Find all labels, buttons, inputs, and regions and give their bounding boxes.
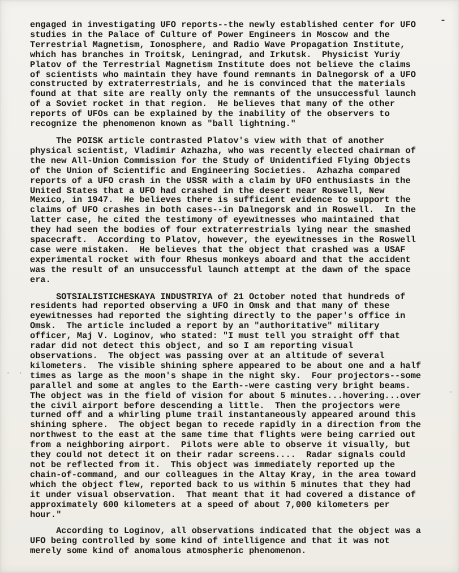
document-body: engaged in investigating UFO reports--th… xyxy=(30,21,430,557)
paragraph-sotsialisticheskaya-industriya-omsk: SOTSIALISTICHESKAYA INDUSTRIYA of 21 Oct… xyxy=(30,293,430,521)
paragraph-loginov-conclusion: According to Loginov, all observations i… xyxy=(30,527,430,557)
scan-artifact-left: · · xyxy=(6,370,25,378)
paragraph-ufo-centers-platov: engaged in investigating UFO reports--th… xyxy=(30,21,430,130)
paragraph-poisk-azhazha-roswell: The POISK article contrasted Platov's vi… xyxy=(30,137,430,286)
page-corner-mark: - xyxy=(440,16,446,27)
document-page: - · · · engaged in investigating UFO rep… xyxy=(0,0,459,573)
scan-artifact-right: · xyxy=(449,389,455,397)
